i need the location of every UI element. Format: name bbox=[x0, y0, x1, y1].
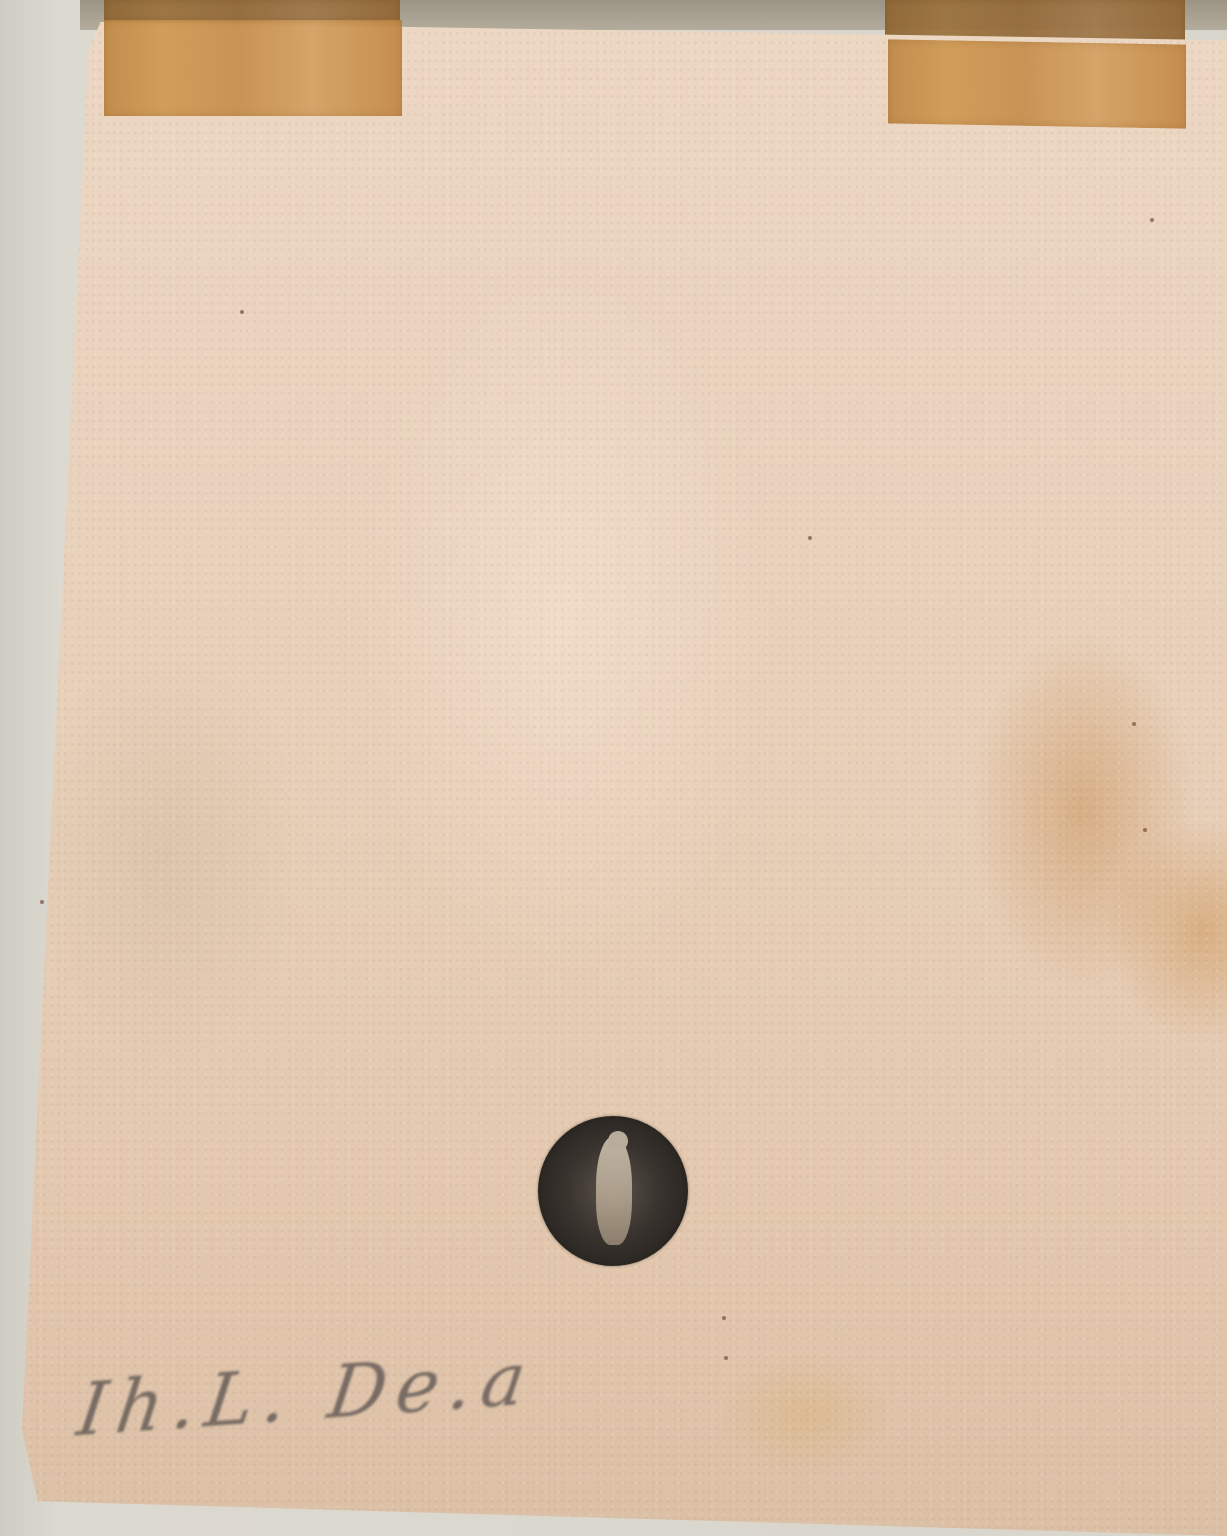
foxing-speck bbox=[1150, 218, 1154, 222]
tape-strip-left bbox=[104, 20, 402, 116]
foxing-speck bbox=[808, 536, 812, 540]
paper-sheet bbox=[22, 22, 1227, 1536]
stamp-figure-icon bbox=[596, 1137, 632, 1245]
foxing-speck bbox=[722, 1316, 726, 1320]
foxing-speck bbox=[1132, 722, 1136, 726]
tape-strip-right bbox=[888, 39, 1186, 128]
foxing-speck bbox=[724, 1356, 728, 1360]
collector-stamp bbox=[538, 1116, 688, 1266]
foxing-speck bbox=[40, 900, 44, 904]
foxing-speck bbox=[1143, 828, 1147, 832]
tape-left-folded bbox=[104, 0, 400, 22]
foxing-speck bbox=[240, 310, 244, 314]
